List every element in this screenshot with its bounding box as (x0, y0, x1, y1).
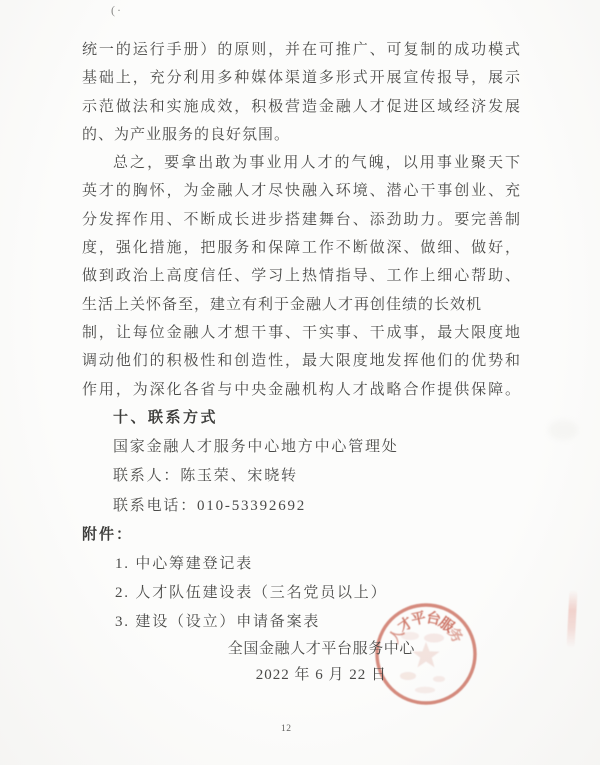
signature-date: 2022 年 6 月 22 日 (82, 662, 520, 688)
body-line: 英才的胸怀，为金融人才尽快融入环境、潜心干事创业、充 (82, 177, 520, 205)
body-line: 做到政治上高度信任、学习上热情指导、工作上细心帮助、 (82, 262, 520, 290)
attachment-item: 3. 建设（设立）申请备案表 (82, 608, 520, 637)
contact-section: 十、联系方式 国家金融人才服务中心地方中心管理处 联系人：陈玉荣、宋晓转 联系电… (82, 404, 520, 521)
body-line: 总之，要拿出敢为事业用人才的气魄，以用事业聚天下 (82, 149, 520, 177)
scanned-document-page: (· 统一的运行手册）的原则，并在可推广、可复制的成功模式 基础上，充分利用多种… (0, 0, 600, 765)
body-line: 调动他们的积极性和创造性，最大限度地发挥他们的优势和 (82, 347, 520, 375)
body-paragraph-2: 总之，要拿出敢为事业用人才的气魄，以用事业聚天下 英才的胸怀，为金融人才尽快融入… (82, 149, 520, 404)
attachments-label: 附件： (82, 521, 520, 550)
scan-smudge (548, 420, 578, 440)
contact-person: 联系人：陈玉荣、宋晓转 (82, 462, 520, 491)
signature-org: 全国金融人才平台服务中心 (82, 636, 520, 662)
body-line: 制，让每位金融人才想干事、干实事、干成事，最大限度地 (82, 319, 520, 347)
attachment-item: 1. 中心筹建登记表 (82, 550, 520, 579)
body-line: 生活上关怀备至，建立有利于金融人才再创佳绩的长效机 (82, 291, 520, 319)
body-line: 统一的运行手册）的原则，并在可推广、可复制的成功模式 (82, 36, 520, 64)
body-paragraph-1: 统一的运行手册）的原则，并在可推广、可复制的成功模式 基础上，充分利用多种媒体渠… (82, 36, 520, 149)
body-line: 基础上，充分利用多种媒体渠道多形式开展宣传报导，展示 (82, 64, 520, 92)
body-line: 的、为产业服务的良好氛围。 (82, 121, 520, 149)
contact-section-heading: 十、联系方式 (82, 404, 520, 433)
body-line: 作用，为深化各省与中央金融机构人才战略合作提供保障。 (82, 376, 520, 404)
body-line: 分发挥作用、不断成长进步搭建舞台、添劲助力。要完善制 (82, 206, 520, 234)
attachments-section: 附件： 1. 中心筹建登记表 2. 人才队伍建设表（三名党员以上） 3. 建设（… (82, 521, 520, 636)
attachment-item: 2. 人才队伍建设表（三名党员以上） (82, 579, 520, 608)
contact-org: 国家金融人才服务中心地方中心管理处 (82, 433, 520, 462)
body-line: 度，强化措施，把服务和保障工作不断做深、做细、做好， (82, 234, 520, 262)
document-content: 统一的运行手册）的原则，并在可推广、可复制的成功模式 基础上，充分利用多种媒体渠… (0, 0, 600, 688)
body-line: 示范做法和实施成效，积极营造金融人才促进区域经济发展 (82, 93, 520, 121)
page-number: 12 (281, 724, 292, 734)
contact-phone: 联系电话：010-53392692 (82, 492, 520, 521)
signature-block: 全国金融人才平台服务中心 2022 年 6 月 22 日 (82, 636, 520, 688)
